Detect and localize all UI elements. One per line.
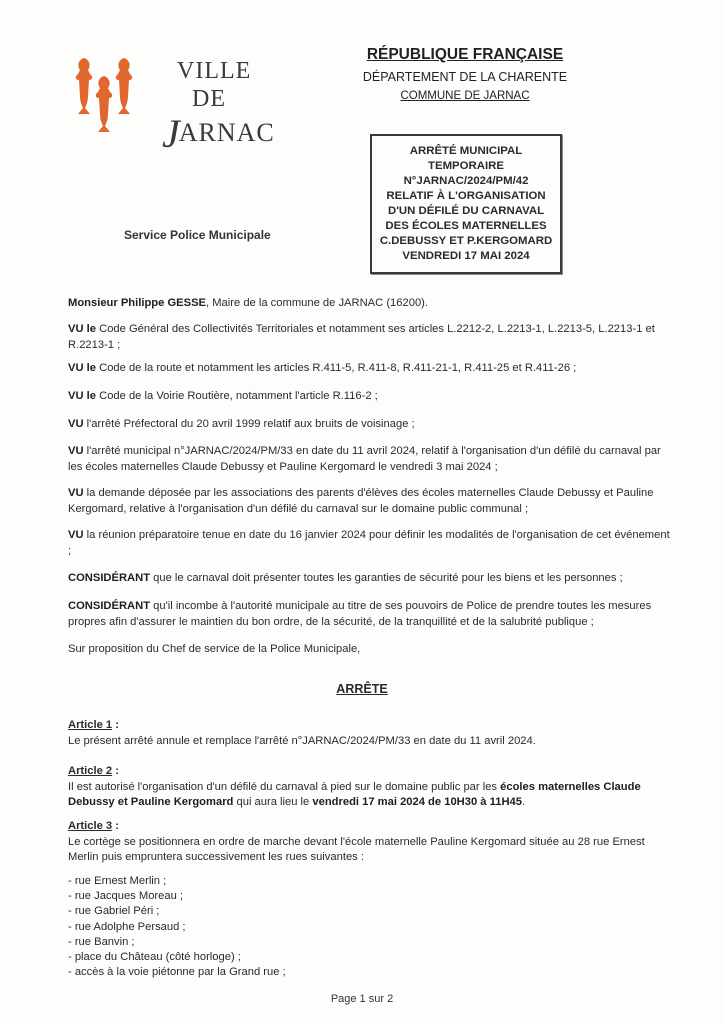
article-heading: Article 2 : [68, 764, 670, 780]
vu-paragraph: VU le Code Général des Collectivités Ter… [68, 322, 670, 353]
vu-paragraph: VU le Code de la Voirie Routière, notamm… [68, 389, 670, 405]
list-item: - rue Adolphe Persaud ; [68, 920, 286, 935]
departement: DÉPARTEMENT DE LA CHARENTE [340, 70, 590, 84]
article-heading: Article 3 : [68, 819, 670, 835]
proposition-paragraph: Sur proposition du Chef de service de la… [68, 642, 670, 658]
box-line: RELATIF À L'ORGANISATION [372, 189, 560, 204]
commune: COMMUNE DE JARNAC [340, 90, 590, 102]
article-3: Article 3 : Le cortège se positionnera e… [68, 819, 670, 866]
arrete-title-box: ARRÊTÉ MUNICIPAL TEMPORAIRE N°JARNAC/202… [370, 134, 562, 274]
logo-text-jarnac: JARNAC [162, 110, 275, 157]
box-line: DES ÉCOLES MATERNELLES [372, 219, 560, 234]
ville-de-jarnac-logo: VILLE DE JARNAC [72, 52, 272, 142]
article-2: Article 2 : Il est autorisé l'organisati… [68, 764, 670, 811]
vu-paragraph: VU la demande déposée par les associatio… [68, 486, 670, 517]
service-label: Service Police Municipale [124, 228, 271, 242]
vu-paragraph: VU l'arrêté municipal n°JARNAC/2024/PM/3… [68, 444, 670, 475]
page-number: Page 1 sur 2 [0, 993, 724, 1005]
considerant-paragraph: CONSIDÉRANT que le carnaval doit présent… [68, 571, 670, 587]
list-item: - accès à la voie piétonne par la Grand … [68, 965, 286, 980]
street-list: - rue Ernest Merlin ; - rue Jacques More… [68, 874, 286, 980]
box-line: C.DEBUSSY ET P.KERGOMARD [372, 234, 560, 249]
vu-paragraph: VU l'arrêté Préfectoral du 20 avril 1999… [68, 417, 670, 433]
list-item: - rue Gabriel Péri ; [68, 904, 286, 919]
issuer-header: RÉPUBLIQUE FRANÇAISE DÉPARTEMENT DE LA C… [340, 46, 590, 102]
box-line: TEMPORAIRE [372, 159, 560, 174]
arrete-heading: ARRÊTE [0, 682, 724, 696]
list-item: - rue Banvin ; [68, 935, 286, 950]
logo-text-ville: VILLE [177, 58, 251, 85]
box-line: N°JARNAC/2024/PM/42 [372, 174, 560, 189]
article-heading: Article 1 : [68, 718, 670, 734]
three-fish-emblem-icon [72, 56, 144, 136]
article-body: Le cortège se positionnera en ordre de m… [68, 835, 670, 866]
box-line: D'UN DÉFILÉ DU CARNAVAL [372, 204, 560, 219]
box-line: VENDREDI 17 MAI 2024 [372, 249, 560, 264]
box-line: ARRÊTÉ MUNICIPAL [372, 144, 560, 159]
article-1: Article 1 : Le présent arrêté annule et … [68, 718, 670, 749]
vu-paragraph: VU le Code de la route et notamment les … [68, 361, 670, 377]
list-item: - rue Jacques Moreau ; [68, 889, 286, 904]
article-body: Il est autorisé l'organisation d'un défi… [68, 780, 670, 811]
republique-francaise: RÉPUBLIQUE FRANÇAISE [340, 46, 590, 64]
mayor-statement: Monsieur Philippe GESSE, Maire de la com… [68, 296, 670, 312]
list-item: - rue Ernest Merlin ; [68, 874, 286, 889]
logo-text-de: DE [192, 86, 226, 113]
vu-paragraph: VU la réunion préparatoire tenue en date… [68, 528, 670, 559]
article-body: Le présent arrêté annule et remplace l'a… [68, 734, 670, 750]
considerant-paragraph: CONSIDÉRANT qu'il incombe à l'autorité m… [68, 599, 670, 630]
list-item: - place du Château (côté horloge) ; [68, 950, 286, 965]
